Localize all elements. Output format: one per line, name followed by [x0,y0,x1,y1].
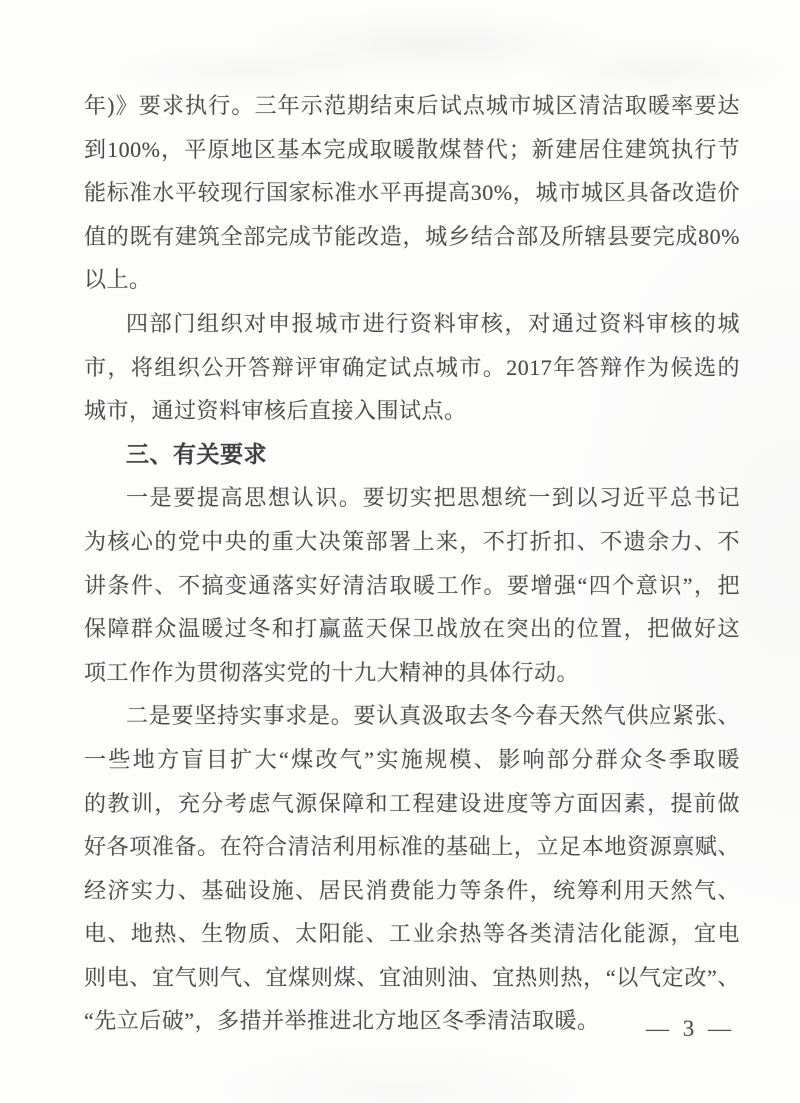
text-line: 二是要坚持实事求是。要认真汲取去冬今春天然气供应紧张、 [84,694,740,738]
page-number: — 3 — [646,1016,735,1042]
text-line: 到100%，平原地区基本完成取暖散煤替代；新建居住建筑执行节 [84,128,740,172]
text-line: 年)》要求执行。三年示范期结束后试点城市城区清洁取暖率要达 [84,84,740,128]
text-line: 好各项准备。在符合清洁利用标准的基础上，立足本地资源禀赋、 [84,825,740,869]
document-page: 年)》要求执行。三年示范期结束后试点城市城区清洁取暖率要达到100%，平原地区基… [0,0,800,1103]
text-line: 讲条件、不搞变通落实好清洁取暖工作。要增强“四个意识”，把 [84,564,740,608]
text-line: 经济实力、基础设施、居民消费能力等条件，统筹利用天然气、 [84,869,740,913]
text-line: 一些地方盲目扩大“煤改气”实施规模、影响部分群众冬季取暖 [84,738,740,782]
text-line: 城市，通过资料审核后直接入围试点。 [84,389,740,433]
text-line: 则电、宜气则气、宜煤则煤、宜油则油、宜热则热，“以气定改”、 [84,956,740,1000]
text-line: 能标准水平较现行国家标准水平再提高30%，城市城区具备改造价 [84,171,740,215]
text-line: 项工作作为贯彻落实党的十九大精神的具体行动。 [84,651,740,695]
text-line: “先立后破”，多措并举推进北方地区冬季清洁取暖。 [84,999,740,1043]
text-line: 一是要提高思想认识。要切实把思想统一到以习近平总书记 [84,476,740,520]
text-line: 以上。 [84,258,740,302]
text-line: 值的既有建筑全部完成节能改造，城乡结合部及所辖县要完成80% [84,215,740,259]
text-line: 为核心的党中央的重大决策部署上来，不打折扣、不遗余力、不 [84,520,740,564]
text-line: 的教训，充分考虑气源保障和工程建设进度等方面因素，提前做 [84,782,740,826]
text-line: 保障群众温暖过冬和打赢蓝天保卫战放在突出的位置，把做好这 [84,607,740,651]
text-line: 四部门组织对申报城市进行资料审核，对通过资料审核的城 [84,302,740,346]
section-heading: 三、有关要求 [84,433,740,477]
document-text-block: 年)》要求执行。三年示范期结束后试点城市城区清洁取暖率要达到100%，平原地区基… [84,84,740,1043]
text-line: 电、地热、生物质、太阳能、工业余热等各类清洁化能源，宜电 [84,912,740,956]
text-line: 市，将组织公开答辩评审确定试点城市。2017年答辩作为候选的 [84,346,740,390]
